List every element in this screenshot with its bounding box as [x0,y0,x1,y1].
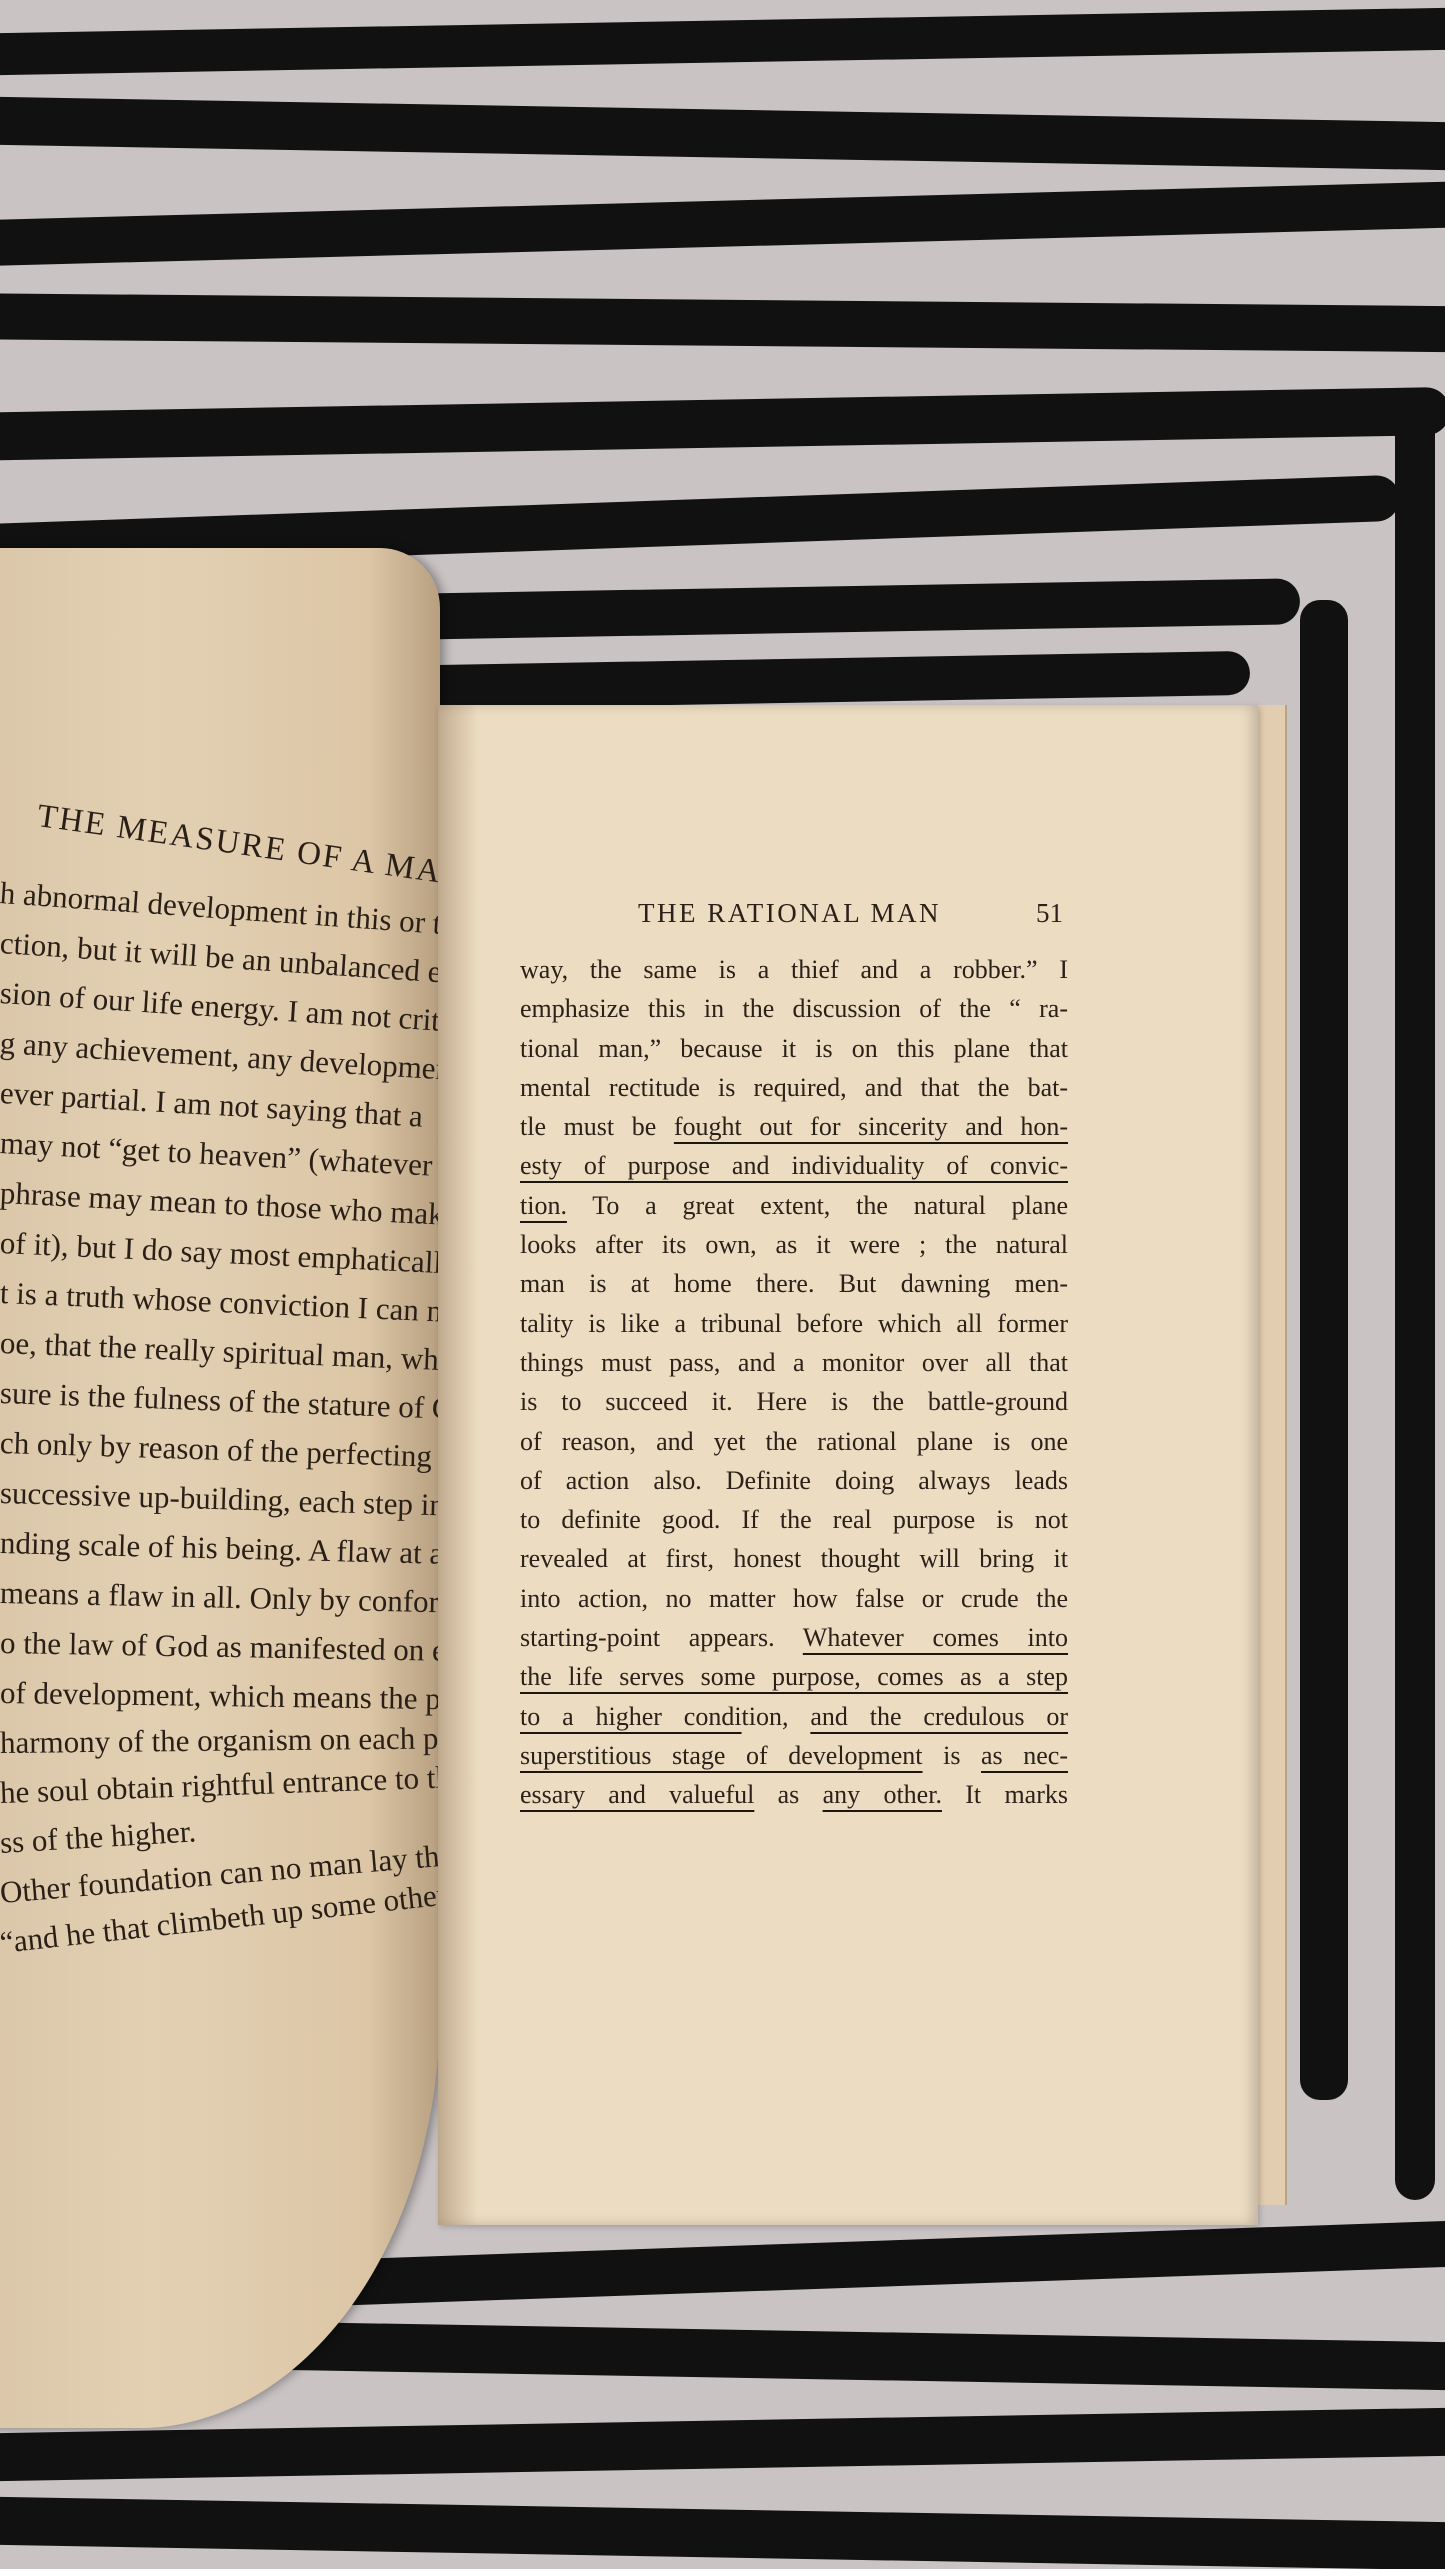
text-line: man is at home there. But dawning men- [520,1264,1068,1303]
text-segment: revealed at first, honest thought will b… [520,1544,1068,1573]
right-page-text: way, the same is a thief and a robber.” … [520,950,1068,1815]
text-line: starting-point appears. Whatever comes i… [520,1618,1068,1657]
text-segment: things must pass, and a monitor over all… [520,1348,1068,1377]
pencil-underline: and the credulous or [810,1702,1068,1731]
text-segment: tion, [742,1702,811,1731]
text-segment: is to succeed it. Here is the battle-gro… [520,1387,1068,1416]
text-line: looks after its own, as it were ; the na… [520,1225,1068,1264]
text-segment: tle must be [520,1112,674,1141]
text-line: superstitious stage of development is as… [520,1736,1068,1775]
pencil-underline: esty of purpose and individuality of con… [520,1151,1068,1180]
text-line: revealed at first, honest thought will b… [520,1539,1068,1578]
pencil-underline: Whatever comes into [803,1623,1068,1652]
text-segment: It marks [942,1780,1068,1809]
pencil-underline: to a higher condi [520,1702,742,1731]
text-segment: way, the same is a thief and a robber.” … [520,955,1068,984]
text-segment: is [923,1741,981,1770]
text-line: tality is like a tribunal before which a… [520,1304,1068,1343]
text-segment: looks after its own, as it were ; the na… [520,1230,1068,1259]
pencil-underline: essary and valueful [520,1780,754,1809]
pencil-underline: superstitious stage of development [520,1741,923,1770]
text-segment: starting-point appears. [520,1623,803,1652]
text-segment: tional man,” because it is on this plane… [520,1034,1068,1063]
text-segment: as [754,1780,822,1809]
text-line: into action, no matter how false or crud… [520,1579,1068,1618]
left-page: THE MEASURE OF A MAN h abnormal developm… [0,548,440,2428]
text-line: tion. To a great extent, the natural pla… [520,1186,1068,1225]
text-line: to a higher condition, and the credulous… [520,1697,1068,1736]
pencil-underline: the life serves some purpose, comes as a… [520,1662,1068,1691]
text-line: tle must be fought out for sincerity and… [520,1107,1068,1146]
text-segment: emphasize this in the discussion of the … [520,994,1068,1023]
text-line: the life serves some purpose, comes as a… [520,1657,1068,1696]
text-segment: To a great extent, the natural plane [567,1191,1068,1220]
text-line: of action also. Definite doing always le… [520,1461,1068,1500]
text-line: is to succeed it. Here is the battle-gro… [520,1382,1068,1421]
left-page-text: h abnormal development in this or thatct… [0,868,440,1968]
text-line: to definite good. If the real purpose is… [520,1500,1068,1539]
right-running-head: THE RATIONAL MAN [638,898,941,929]
pencil-underline: tion. [520,1191,567,1220]
text-segment: of action also. Definite doing always le… [520,1466,1068,1495]
text-line: essary and valueful as any other. It mar… [520,1775,1068,1814]
text-segment: tality is like a tribunal before which a… [520,1309,1068,1338]
text-line: tional man,” because it is on this plane… [520,1029,1068,1068]
text-segment: mental rectitude is required, and that t… [520,1073,1068,1102]
text-line: emphasize this in the discussion of the … [520,989,1068,1028]
pencil-underline: as nec- [981,1741,1068,1770]
text-line: things must pass, and a monitor over all… [520,1343,1068,1382]
text-line: of reason, and yet the rational plane is… [520,1422,1068,1461]
pencil-underline: any other. [823,1780,942,1809]
left-text-line: o the law of God as manifested on each [0,1618,440,1676]
text-segment: man is at home there. But dawning men- [520,1269,1068,1298]
page-number: 51 [1036,898,1063,929]
text-line: way, the same is a thief and a robber.” … [520,950,1068,989]
right-page: THE RATIONAL MAN 51 way, the same is a t… [438,705,1258,2225]
text-line: esty of purpose and individuality of con… [520,1146,1068,1185]
text-segment: to definite good. If the real purpose is… [520,1505,1068,1534]
text-line: mental rectitude is required, and that t… [520,1068,1068,1107]
text-segment: of reason, and yet the rational plane is… [520,1427,1068,1456]
text-segment: into action, no matter how false or crud… [520,1584,1068,1613]
pencil-underline: fought out for sincerity and hon- [674,1112,1068,1141]
book-gutter-shadow [438,705,478,2225]
